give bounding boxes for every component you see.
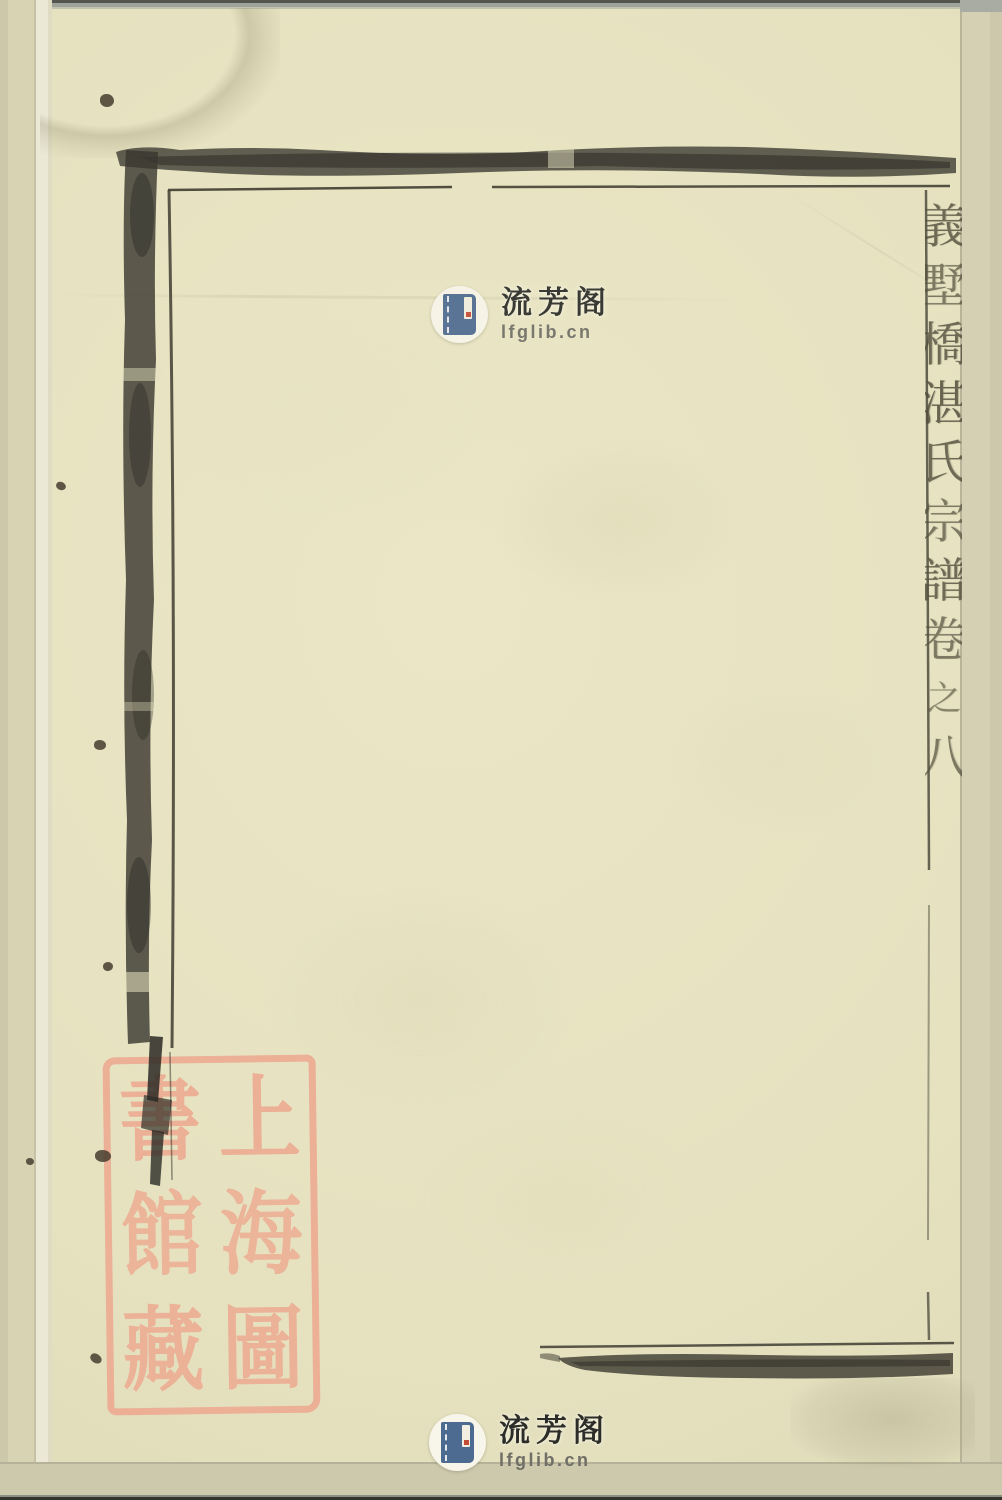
- frame-inner-top-line: [168, 187, 452, 190]
- book-icon: [431, 286, 488, 343]
- book-title-slip: [462, 1425, 470, 1447]
- ink-speck: [95, 1150, 111, 1162]
- title-character: 氏: [925, 434, 962, 493]
- watermark-badge-bottom: 流芳阁 lfglib.cn: [429, 1414, 610, 1471]
- frame-inner-bottom-line: [540, 1343, 954, 1347]
- title-character: 卷: [925, 611, 962, 670]
- book-cover: [441, 1422, 474, 1463]
- title-character: 譜: [925, 552, 962, 611]
- watermark-site-name: 流芳阁: [499, 1415, 610, 1448]
- book-cover: [443, 294, 476, 335]
- title-column: 義墅橋湛氏宗譜卷之八: [925, 198, 962, 798]
- title-character: 義: [925, 198, 962, 257]
- title-character: 八: [925, 729, 962, 788]
- watermark-site-url: lfglib.cn: [499, 1450, 610, 1470]
- frame-inner-left-line: [169, 190, 173, 1048]
- ink-speck: [100, 94, 114, 107]
- watermark-site-url: lfglib.cn: [501, 322, 612, 342]
- ink-stroke-over-seal: [147, 1036, 163, 1102]
- watermark-site-name: 流芳阁: [501, 287, 612, 320]
- ink-speck: [26, 1158, 34, 1165]
- printed-border-frame: [0, 0, 1002, 1500]
- book-icon: [429, 1414, 486, 1471]
- ink-stroke-over-seal: [150, 1130, 164, 1186]
- title-character: 湛: [925, 375, 962, 434]
- scanned-page: { "title_column": { "text": "義墅橋湛氏宗譜卷之八"…: [0, 0, 1002, 1500]
- title-character: 之: [925, 670, 962, 729]
- title-character: 宗: [925, 493, 962, 552]
- ink-speck: [94, 740, 106, 750]
- title-character: 橋: [925, 316, 962, 375]
- ink-stroke-over-seal: [141, 1095, 172, 1135]
- book-title-slip: [464, 297, 472, 319]
- watermark-badge-top: 流芳阁 lfglib.cn: [431, 286, 612, 343]
- title-character: 墅: [925, 257, 962, 316]
